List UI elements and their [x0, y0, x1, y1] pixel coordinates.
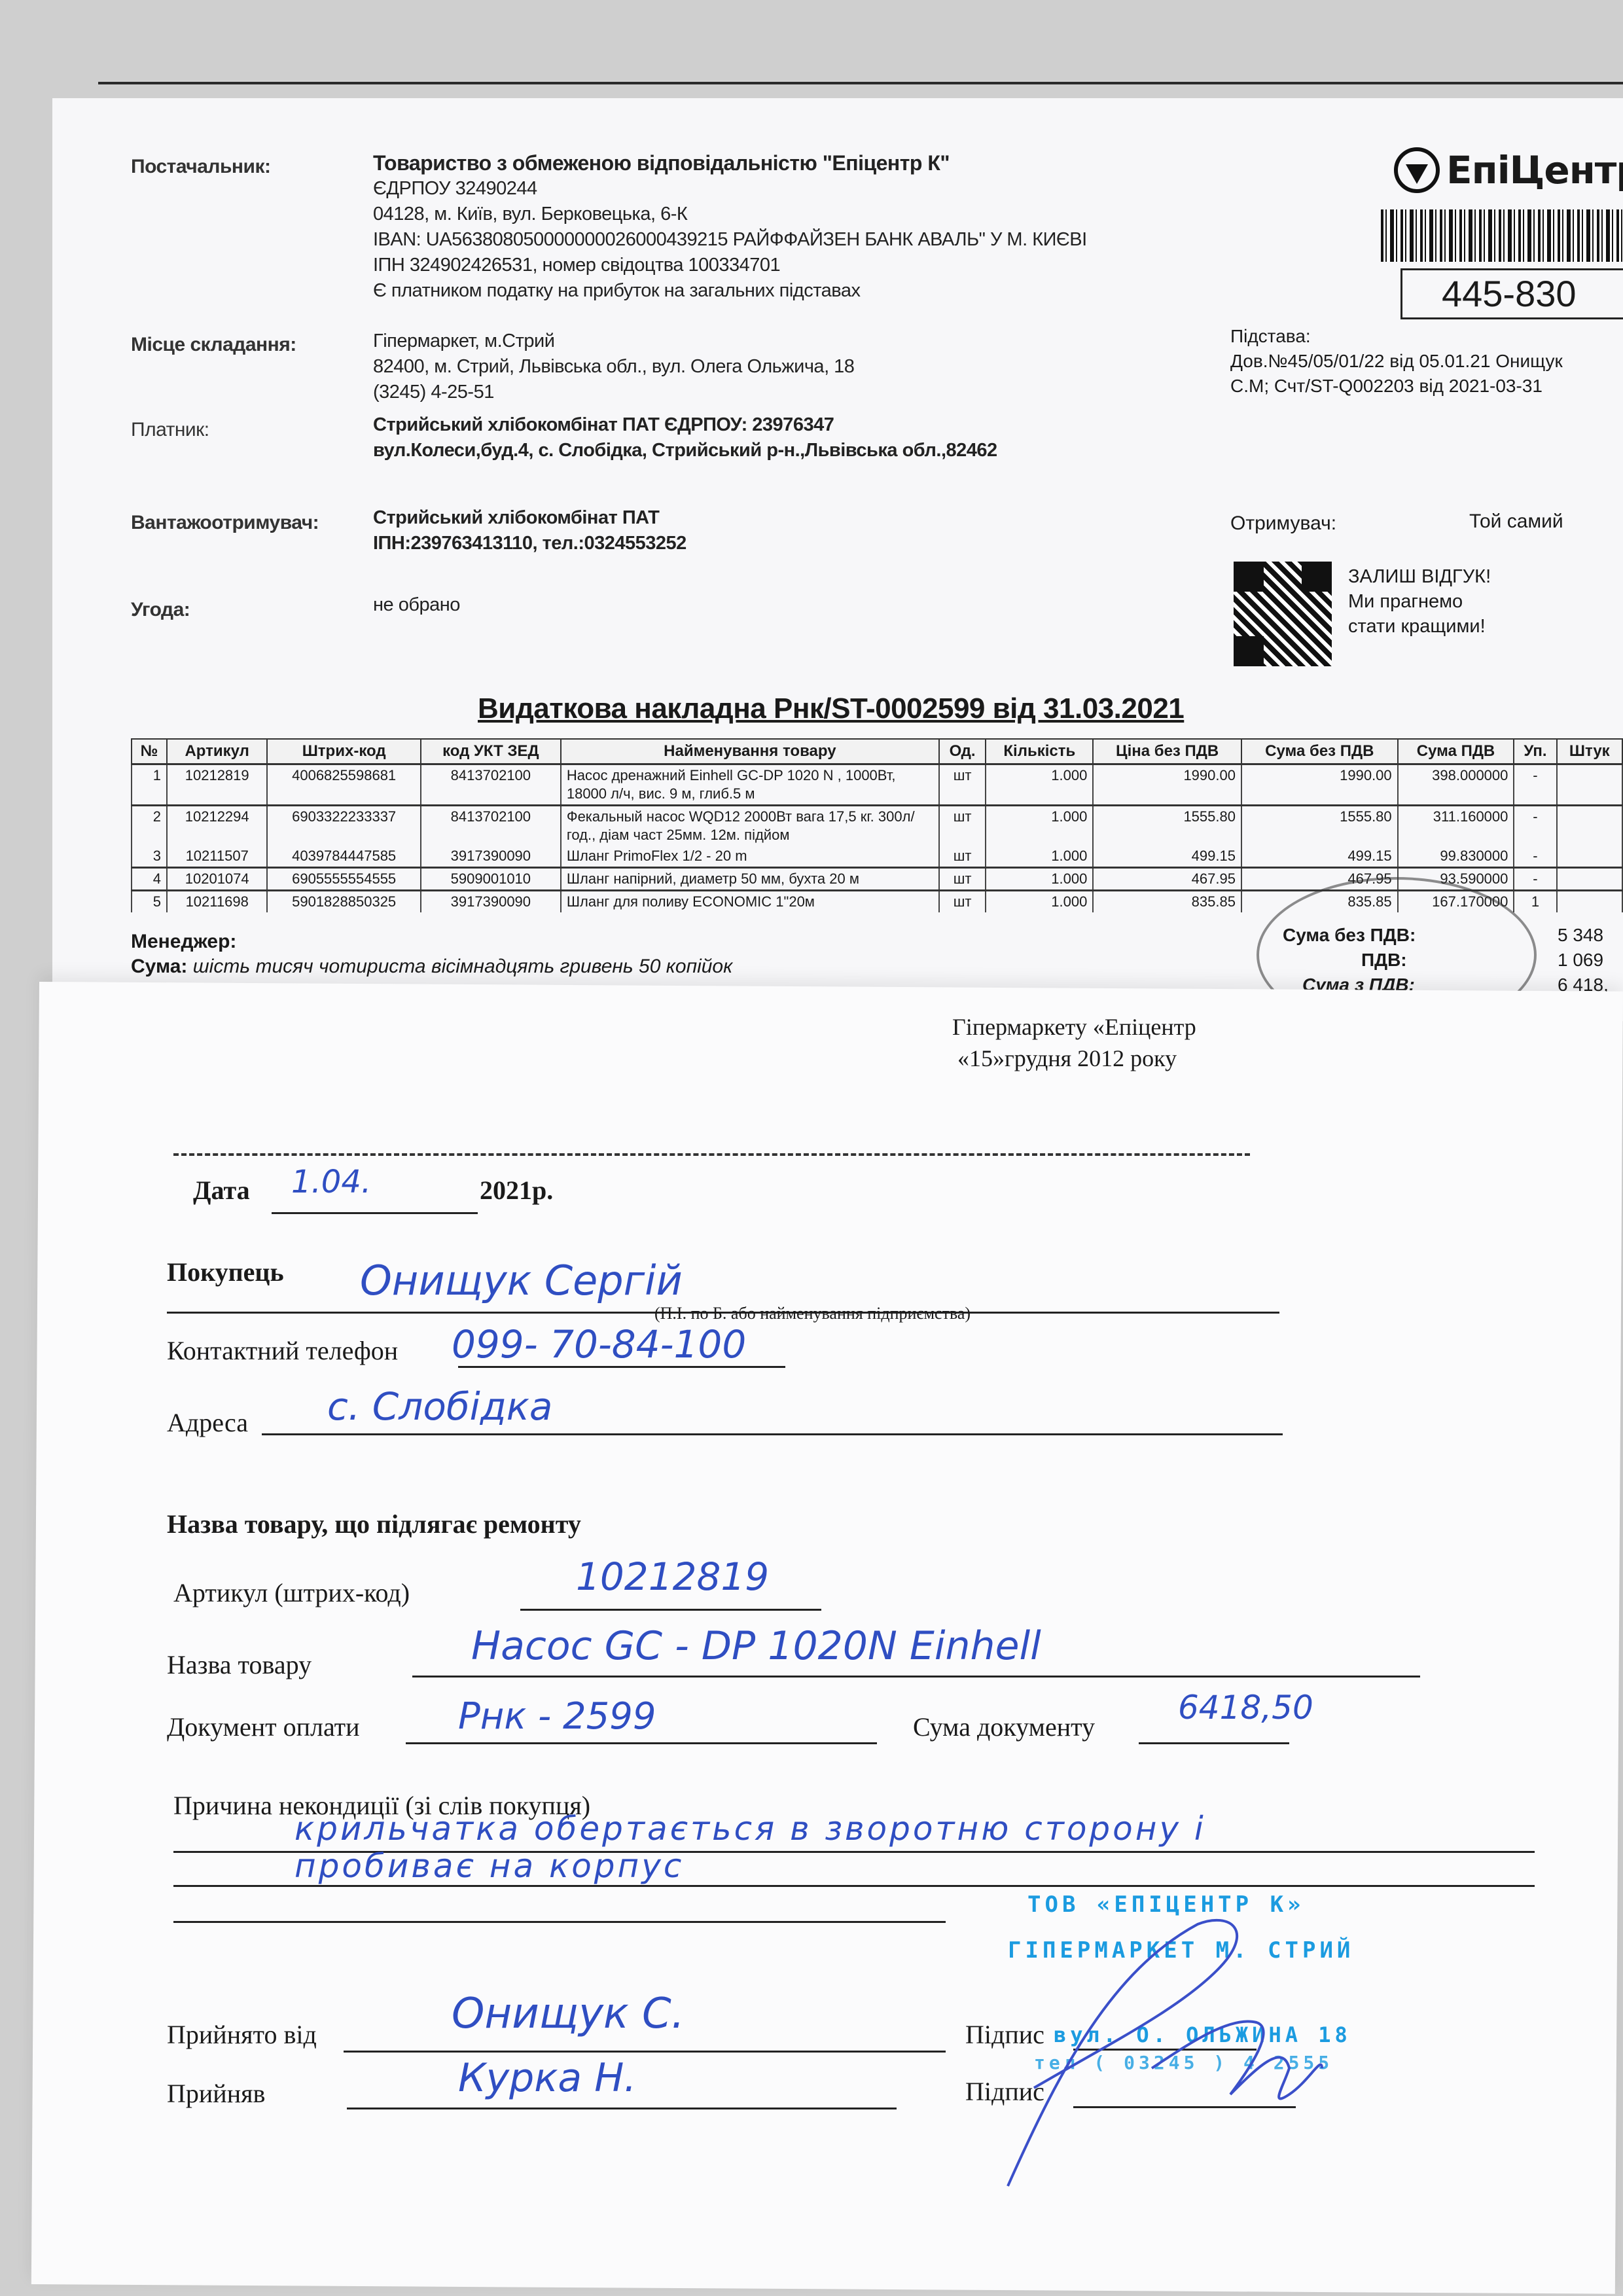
basis-block: Підстава: Дов.№45/05/01/22 від 05.01.21 … [1230, 324, 1563, 399]
barcode-icon [1381, 209, 1623, 262]
form-header: Гіпермаркету «Епіцентр «15»грудня 2012 р… [952, 1011, 1196, 1074]
place-label: Місце складання: [131, 334, 296, 356]
feedback-line: Ми прагнемо [1348, 589, 1491, 614]
table-cell: 10212819 [167, 764, 267, 806]
table-cell: 5909001010 [421, 868, 561, 891]
recipient-label: Отримувач: [1230, 512, 1336, 535]
section-title: Назва товару, що підлягає ремонту [167, 1509, 581, 1539]
table-cell: Шланг напірний, диаметр 50 мм, бухта 20 … [561, 868, 939, 891]
table-cell: 1555.80 [1241, 806, 1398, 846]
table-cell: 3917390090 [421, 891, 561, 913]
basis-label: Підстава: [1230, 324, 1563, 349]
table-cell: 1.000 [986, 891, 1093, 913]
table-cell: - [1514, 806, 1556, 846]
table-cell: 499.15 [1093, 846, 1241, 868]
table-cell: 1990.00 [1093, 764, 1241, 806]
table-cell: 467.95 [1093, 868, 1241, 891]
table-cell: 6903322233337 [267, 806, 420, 846]
column-header: Штрих-код [267, 739, 420, 764]
table-cell: Насос дренажний Einhell GC-DP 1020 N , 1… [561, 764, 939, 806]
recipient-value: Той самий [1469, 511, 1563, 533]
doc-sum-value[interactable]: 6418,50 [1178, 1689, 1313, 1727]
payment-doc-value[interactable]: Рнк - 2599 [458, 1695, 656, 1738]
phone-label: Контактний телефон [167, 1335, 398, 1366]
column-header: Од. [939, 739, 986, 764]
column-header: № [132, 739, 167, 764]
accepted-by-value[interactable]: Курка Н. [458, 2055, 636, 2101]
table-cell: - [1514, 764, 1556, 806]
table-cell: Шланг для поливу ECONOMIC 1"20м [561, 891, 939, 913]
table-cell: 8413702100 [421, 806, 561, 846]
totals-values: 5 348 1 069 6 418, [1558, 923, 1609, 997]
place-block: Гіпермаркет, м.Стрий 82400, м. Стрий, Ль… [373, 329, 854, 405]
address-value[interactable]: с. Слобідка [327, 1384, 552, 1429]
table-cell: 1555.80 [1093, 806, 1241, 846]
table-cell: 10212294 [167, 806, 267, 846]
table-header-row: №АртикулШтрих-кодкод УКТ ЗЕДНайменування… [132, 739, 1622, 764]
total-value: 5 348 [1558, 923, 1609, 948]
consignee-line: ІПН:239763413110, тел.:0324553252 [373, 531, 687, 556]
basis-line: С.М; Счт/ST-Q002203 від 2021-03-31 [1230, 374, 1563, 399]
consignee-label: Вантажоотримувач: [131, 512, 319, 534]
received-from-field-line [344, 2051, 946, 2053]
doc-sum-label: Сума документу [913, 1712, 1095, 1742]
basis-line: Дов.№45/05/01/22 від 05.01.21 Онищук [1230, 349, 1563, 374]
phone-value[interactable]: 099- 70-84-100 [452, 1322, 746, 1367]
reason-line[interactable]: крильчатка обертається в зворотню сторон… [294, 1810, 1206, 1848]
table-cell: 2 [132, 806, 167, 846]
payment-doc-label: Документ оплати [167, 1712, 360, 1742]
date-suffix: 2021р. [480, 1175, 553, 1206]
table-cell [1557, 891, 1622, 913]
column-header: Артикул [167, 739, 267, 764]
dashed-divider [173, 1153, 1250, 1156]
table-cell: шт [939, 868, 986, 891]
address-field-line [262, 1433, 1283, 1435]
product-value[interactable]: Насос GC - DP 1020N Einhell [471, 1623, 1041, 1669]
payer-line: Стрийський хлібокомбінат ПАТ ЄДРПОУ: 239… [373, 412, 997, 438]
sum-words-value: шість тисяч чотириста вісімнадцять гриве… [193, 956, 733, 977]
accepted-by-label: Прийняв [167, 2078, 265, 2109]
address-label: Адреса [167, 1407, 248, 1438]
table-row: 31021150740397844475853917390090Шланг Pr… [132, 846, 1622, 868]
totals-labels: Сума без ПДВ: ПДВ: Сума з ПДВ: [1283, 923, 1416, 997]
table-cell: 1 [1514, 891, 1556, 913]
column-header: Сума без ПДВ [1241, 739, 1398, 764]
brand-name: ЕпіЦентр [1446, 148, 1623, 192]
table-cell: 10201074 [167, 868, 267, 891]
payer-block: Стрийський хлібокомбінат ПАТ ЄДРПОУ: 239… [373, 412, 997, 463]
table-cell: 311.160000 [1398, 806, 1514, 846]
supplier-address: 04128, м. Київ, вул. Берковецька, 6-К [373, 202, 1087, 227]
store-code: 445-830 [1400, 268, 1623, 319]
column-header: Сума ПДВ [1398, 739, 1514, 764]
article-value[interactable]: 10212819 [576, 1554, 769, 1599]
table-cell: 4 [132, 868, 167, 891]
article-field-line [520, 1609, 821, 1611]
table-cell: 1990.00 [1241, 764, 1398, 806]
table-cell [1557, 764, 1622, 806]
feedback-line: стати кращими! [1348, 614, 1491, 639]
table-cell [1557, 806, 1622, 846]
table-cell: Фекальный насос WQD12 2000Вт вага 17,5 к… [561, 806, 939, 846]
table-cell: шт [939, 891, 986, 913]
table-cell: 3 [132, 846, 167, 868]
column-header: код УКТ ЗЕД [421, 739, 561, 764]
table-cell: 835.85 [1093, 891, 1241, 913]
table-cell: 1.000 [986, 764, 1093, 806]
feedback-title: ЗАЛИШ ВІДГУК! [1348, 564, 1491, 589]
table-cell: - [1514, 846, 1556, 868]
supplier-name: Товариство з обмеженою відповідальністю … [373, 151, 1087, 176]
table-cell: 499.15 [1241, 846, 1398, 868]
table-cell: 398.000000 [1398, 764, 1514, 806]
consignee-block: Стрийський хлібокомбінат ПАТ ІПН:2397634… [373, 505, 687, 556]
table-cell: 10211698 [167, 891, 267, 913]
form-header-line: Гіпермаркету «Епіцентр [952, 1011, 1196, 1043]
table-cell: 3917390090 [421, 846, 561, 868]
phone-field-line [458, 1366, 785, 1368]
supplier-block: Товариство з обмеженою відповідальністю … [373, 151, 1087, 304]
received-from-label: Прийнято від [167, 2019, 317, 2050]
form-header-line: «15»грудня 2012 року [952, 1043, 1196, 1074]
table-cell: 5901828850325 [267, 891, 420, 913]
table-cell: 1.000 [986, 806, 1093, 846]
column-header: Уп. [1514, 739, 1556, 764]
date-value[interactable]: 1.04. [291, 1164, 371, 1200]
total-label: ПДВ: [1283, 948, 1416, 973]
agreement-value: не обрано [373, 592, 460, 618]
date-field-line [272, 1212, 478, 1214]
manager-label: Менеджер: [131, 931, 236, 953]
feedback-block: ЗАЛИШ ВІДГУК! Ми прагнемо стати кращими! [1348, 564, 1491, 639]
received-from-value[interactable]: Онищук С. [452, 1990, 685, 2038]
table-cell: 1.000 [986, 868, 1093, 891]
table-cell [1557, 868, 1622, 891]
qr-code-icon [1234, 562, 1332, 666]
column-header: Ціна без ПДВ [1093, 739, 1241, 764]
total-value: 1 069 [1558, 948, 1609, 973]
sum-in-words: Сума: шість тисяч чотириста вісімнадцять… [131, 956, 732, 978]
consignee-line: Стрийський хлібокомбінат ПАТ [373, 505, 687, 531]
table-cell: 8413702100 [421, 764, 561, 806]
table-cell: 1.000 [986, 846, 1093, 868]
table-cell: 4006825598681 [267, 764, 420, 806]
table-cell: Шланг PrimoFlex 1/2 - 20 m [561, 846, 939, 868]
article-label: Артикул (штрих-код) [173, 1577, 410, 1608]
table-cell: 6905555554555 [267, 868, 420, 891]
product-label: Назва товару [167, 1649, 312, 1680]
invoice-title: Видаткова накладна Рнк/ST-0002599 від 31… [478, 692, 1184, 725]
buyer-hint: (П.І. по Б. або найменування підприємств… [654, 1304, 971, 1323]
supplier-ipn: ІПН 324902426531, номер свідоцтва 100334… [373, 253, 1087, 278]
table-cell: шт [939, 846, 986, 868]
epicentr-logo-icon [1394, 147, 1440, 193]
divider [98, 82, 1623, 84]
column-header: Найменування товару [561, 739, 939, 764]
payer-line: вул.Колеси,буд.4, с. Слобідка, Стрийськи… [373, 438, 997, 463]
handwritten-signature [982, 1872, 1440, 2199]
column-header: Штук [1557, 739, 1622, 764]
date-label: Дата [193, 1175, 250, 1206]
table-row: 11021281940068255986818413702100Насос др… [132, 764, 1622, 806]
supplier-iban: IBAN: UA563808050000000026000439215 РАЙФ… [373, 227, 1087, 253]
table-cell [1557, 846, 1622, 868]
buyer-value[interactable]: Онищук Сергій [360, 1257, 683, 1304]
place-line: Гіпермаркет, м.Стрий [373, 329, 854, 354]
supplier-tax-status: Є платником податку на прибуток на загал… [373, 278, 1087, 304]
place-line: (3245) 4-25-51 [373, 380, 854, 405]
brand-logo: ЕпіЦентр [1394, 147, 1623, 193]
agreement-label: Угода: [131, 599, 190, 621]
table-cell: 4039784447585 [267, 846, 420, 868]
place-line: 82400, м. Стрий, Львівська обл., вул. Ол… [373, 354, 854, 380]
reason-line[interactable]: пробиває на корпус [294, 1847, 684, 1885]
table-cell: шт [939, 764, 986, 806]
table-cell: шт [939, 806, 986, 846]
table-cell: 5 [132, 891, 167, 913]
supplier-edrpou: ЄДРПОУ 32490244 [373, 176, 1087, 202]
column-header: Кількість [986, 739, 1093, 764]
table-row: 21021229469033222333378413702100Фекальны… [132, 806, 1622, 846]
payment-doc-field-line [406, 1742, 877, 1744]
total-label: Сума без ПДВ: [1283, 923, 1416, 948]
accepted-by-field-line [347, 2108, 897, 2109]
table-cell: 99.830000 [1398, 846, 1514, 868]
table-cell: - [1514, 868, 1556, 891]
table-cell: 10211507 [167, 846, 267, 868]
payer-label: Платник: [131, 419, 209, 441]
supplier-label: Постачальник: [131, 156, 270, 178]
table-cell: 1 [132, 764, 167, 806]
doc-sum-field-line [1139, 1742, 1289, 1744]
sum-label: Сума: [131, 956, 187, 977]
product-field-line [412, 1676, 1420, 1677]
buyer-label: Покупець [167, 1257, 284, 1287]
reason-field-line [173, 1921, 946, 1923]
